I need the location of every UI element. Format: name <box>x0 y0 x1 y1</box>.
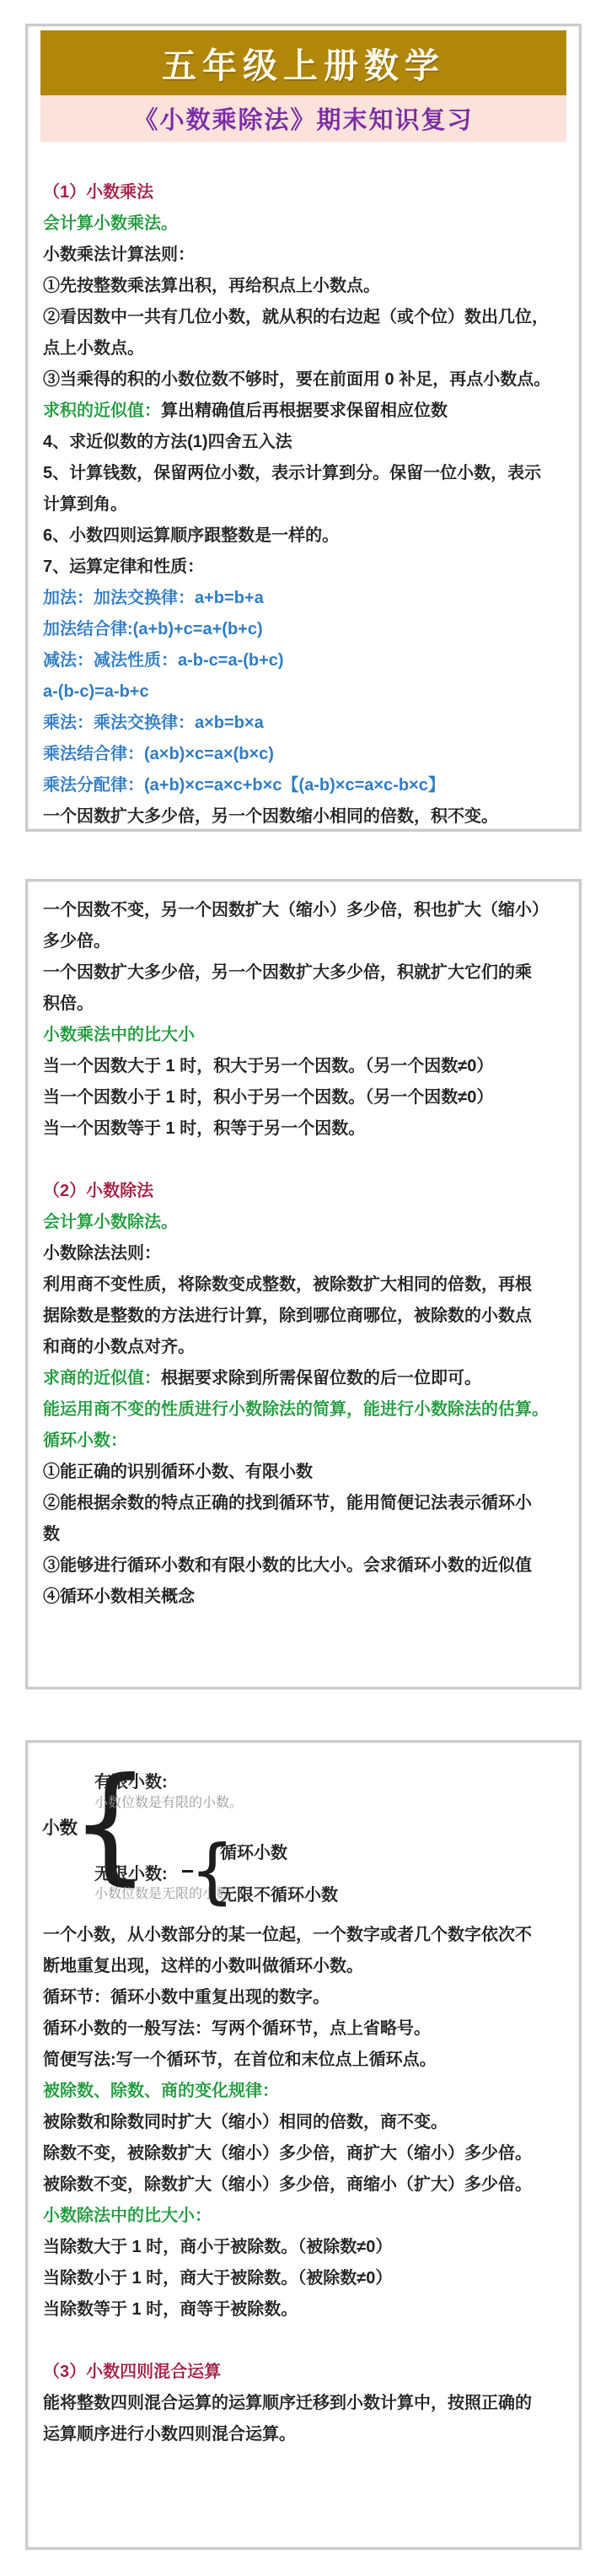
text-line: a-(b-c)=a-b+c <box>43 676 564 708</box>
text-line: 简便写法:写一个循环节，在首位和末位点上循环点。 <box>43 2045 564 2076</box>
text-segment: ①能正确的识别循环小数、有限小数 <box>43 1463 313 1481</box>
text-line: 利用商不变性质，将除数变成整数，被除数扩大相同的倍数，再根 <box>43 1269 564 1301</box>
text-line: 积倍。 <box>43 989 564 1020</box>
text-line: 除数不变，被除数扩大（缩小）多少倍，商扩大（缩小）多少倍。 <box>43 2138 564 2169</box>
text-line: 被除数、除数、商的变化规律： <box>43 2076 564 2107</box>
text-segment: 4、求近似数的方法(1)四舍五入法 <box>43 433 292 451</box>
text-line: 加法：加法交换律：a+b=b+a <box>43 583 564 614</box>
text-segment: 会计算小数除法。 <box>43 1213 178 1231</box>
text-segment: 减法：减法性质：a-b-c=a-(b+c) <box>43 651 284 670</box>
text-segment: 被除数不变，除数扩大（缩小）多少倍，商缩小（扩大）多少倍。 <box>43 2175 532 2194</box>
text-segment: 和商的小数点对齐。 <box>43 1338 195 1356</box>
page: { "page": { "banner": { "title": "五年级上册数… <box>0 0 606 2576</box>
text-segment: （1）小数乘法 <box>43 183 153 202</box>
text-line: ③当乘得的积的小数位数不够时，要在前面用 0 补足，再点小数点。 <box>43 364 564 396</box>
text-segment: 小数乘法计算法则： <box>43 245 195 264</box>
text-segment: 点上小数点。 <box>43 339 144 358</box>
text-line: 一个小数，从小数部分的某一位起，一个数字或者几个数字依次不 <box>43 1920 564 1951</box>
text-segment: 当除数等于 1 时，商等于被除数。 <box>43 2300 298 2319</box>
text-line: 断地重复出现，这样的小数叫做循环小数。 <box>43 1951 564 1982</box>
text-segment: 7、运算定律和性质： <box>43 558 204 576</box>
noncyclic-decimal-label: 无限不循环小数 <box>220 1881 338 1905</box>
text-line: 循环小数： <box>43 1425 564 1457</box>
page-subtitle: 《小数乘除法》期末知识复习 <box>133 101 473 136</box>
text-segment: 数 <box>43 1525 60 1544</box>
card-decimal-division: 一个因数不变，另一个因数扩大（缩小）多少倍，积也扩大（缩小）多少倍。一个因数扩大… <box>25 879 582 1689</box>
text-line: 当除数大于 1 时，商小于被除数。（被除数≠0） <box>43 2232 564 2263</box>
text-segment: 简便写法:写一个循环节，在首位和末位点上循环点。 <box>43 2051 437 2069</box>
text-segment: 一个小数，从小数部分的某一位起，一个数字或者几个数字依次不 <box>43 1926 532 1944</box>
text-line: 乘法结合律：(a×b)×c=a×(b×c) <box>43 739 564 770</box>
text-line: ③能够进行循环小数和有限小数的比大小。会求循环小数的近似值 <box>43 1550 564 1582</box>
text-line: 循环小数的一般写法：写两个循环节，点上省略号。 <box>43 2013 564 2045</box>
text-line: 小数乘法计算法则： <box>43 240 564 271</box>
page-title: 五年级上册数学 <box>162 38 445 88</box>
text-line: 一个因数扩大多少倍，另一个因数缩小相同的倍数，积不变。 <box>43 801 564 832</box>
text-segment: 乘法：乘法交换律：a×b=b×a <box>43 714 264 732</box>
text-line: 能将整数四则混合运算的运算顺序迁移到小数计算中，按照正确的 <box>43 2388 564 2419</box>
text-line: 被除数和除数同时扩大（缩小）相同的倍数，商不变。 <box>43 2107 564 2138</box>
text-segment: 循环节：循环小数中重复出现的数字。 <box>43 1988 330 2007</box>
text-line: 和商的小数点对齐。 <box>43 1332 564 1363</box>
text-segment: 断地重复出现，这样的小数叫做循环小数。 <box>43 1957 363 1975</box>
text-segment: （2）小数除法 <box>43 1182 153 1200</box>
text-line: （3）小数四则混合运算 <box>43 2357 564 2388</box>
finite-decimal-label: 有限小数: <box>94 1768 168 1792</box>
text-segment: 除数不变，被除数扩大（缩小）多少倍，商扩大（缩小）多少倍。 <box>43 2144 532 2163</box>
text-segment: ②能根据余数的特点正确的找到循环节，能用简便记法表示循环小 <box>43 1494 532 1512</box>
text-line: 5、计算钱数，保留两位小数，表示计算到分。保留一位小数，表示 <box>43 458 564 489</box>
text-line: ②看因数中一共有几位小数，就从积的右边起（或个位）数出几位， <box>43 302 564 333</box>
text-segment: 求商的近似值： <box>43 1369 161 1388</box>
text-line: （2）小数除法 <box>43 1176 564 1207</box>
text-segment: 5、计算钱数，保留两位小数，表示计算到分。保留一位小数，表示 <box>43 464 541 482</box>
card-decimal-multiplication: 五年级上册数学 《小数乘除法》期末知识复习 （1）小数乘法会计算小数乘法。小数乘… <box>25 24 582 832</box>
text-segment: 求积的近似值： <box>43 401 161 420</box>
text-segment: 运算顺序进行小数四则混合运算。 <box>43 2425 296 2444</box>
text-line: 被除数不变，除数扩大（缩小）多少倍，商缩小（扩大）多少倍。 <box>43 2169 564 2201</box>
text-segment: 被除数、除数、商的变化规律： <box>43 2082 279 2100</box>
text-line: 减法：减法性质：a-b-c=a-(b+c) <box>43 645 564 676</box>
text-lines: 一个小数，从小数部分的某一位起，一个数字或者几个数字依次不断地重复出现，这样的小… <box>28 1920 579 2450</box>
text-segment: 根据要求除到所需保留位数的后一位即可。 <box>161 1369 481 1388</box>
text-line: ①先按整数乘法算出积，再给积点上小数点。 <box>43 271 564 302</box>
text-line <box>43 2325 564 2357</box>
text-line: 计算到角。 <box>43 489 564 520</box>
connector-line <box>60 1824 70 1826</box>
infinite-decimal-label: 无限小数: <box>94 1860 168 1884</box>
text-line: 7、运算定律和性质： <box>43 552 564 583</box>
text-segment: 小数乘法中的比大小 <box>43 1026 195 1044</box>
finite-decimal-description: 小数位数是有限的小数。 <box>94 1792 243 1811</box>
text-segment: ①先按整数乘法算出积，再给积点上小数点。 <box>43 277 380 295</box>
text-lines: （1）小数乘法会计算小数乘法。小数乘法计算法则：①先按整数乘法算出积，再给积点上… <box>28 142 579 832</box>
text-segment: 当一个因数小于 1 时，积小于另一个因数。（另一个因数≠0） <box>43 1088 493 1107</box>
text-segment: 当除数小于 1 时，商大于被除数。（被除数≠0） <box>43 2269 392 2288</box>
text-segment: 积倍。 <box>43 994 94 1013</box>
decimal-classification-diagram: 小数 { 有限小数: 小数位数是有限的小数。 无限小数: 小数位数是无限的小数 … <box>28 1743 579 1920</box>
text-segment: 据除数是整数的方法进行计算，除到哪位商哪位，被除数的小数点 <box>43 1307 532 1325</box>
text-segment: 会计算小数乘法。 <box>43 214 178 233</box>
text-line: 数 <box>43 1519 564 1550</box>
text-line: 一个因数扩大多少倍，另一个因数扩大多少倍，积就扩大它们的乘 <box>43 957 564 989</box>
text-segment: 能运用商不变的性质进行小数除法的简算，能进行小数除法的估算。 <box>43 1400 549 1419</box>
text-line: ②能根据余数的特点正确的找到循环节，能用简便记法表示循环小 <box>43 1488 564 1519</box>
text-segment: 多少倍。 <box>43 932 110 951</box>
text-line: 当除数小于 1 时，商大于被除数。（被除数≠0） <box>43 2263 564 2294</box>
text-line: 小数乘法中的比大小 <box>43 1020 564 1051</box>
text-line <box>43 1145 564 1176</box>
text-segment: 循环小数： <box>43 1431 127 1450</box>
text-line: 当一个因数等于 1 时，积等于另一个因数。 <box>43 1113 564 1145</box>
title-banner: 五年级上册数学 <box>40 30 566 95</box>
text-line: 当一个因数大于 1 时，积大于另一个因数。（另一个因数≠0） <box>43 1051 564 1082</box>
cyclic-decimal-label: 循环小数 <box>220 1839 287 1863</box>
text-line: （1）小数乘法 <box>43 177 564 208</box>
text-segment: 加法结合律:(a+b)+c=a+(b+c) <box>43 620 263 639</box>
text-line: 能运用商不变的性质进行小数除法的简算，能进行小数除法的估算。 <box>43 1394 564 1425</box>
text-line: 运算顺序进行小数四则混合运算。 <box>43 2419 564 2450</box>
text-segment: 乘法结合律：(a×b)×c=a×(b×c) <box>43 745 274 763</box>
text-segment: 能将整数四则混合运算的运算顺序迁移到小数计算中，按照正确的 <box>43 2394 532 2412</box>
text-segment: 一个因数扩大多少倍，另一个因数扩大多少倍，积就扩大它们的乘 <box>43 963 532 982</box>
text-line: 求积的近似值：算出精确值后再根据要求保留相应位数 <box>43 396 564 427</box>
text-line: 乘法：乘法交换律：a×b=b×a <box>43 708 564 739</box>
text-line: 一个因数不变，另一个因数扩大（缩小）多少倍，积也扩大（缩小） <box>43 895 564 926</box>
text-line: 当一个因数小于 1 时，积小于另一个因数。（另一个因数≠0） <box>43 1082 564 1113</box>
text-segment: 加法：加法交换律：a+b=b+a <box>43 589 264 607</box>
text-line: 多少倍。 <box>43 926 564 957</box>
text-segment: 6、小数四则运算顺序跟整数是一样的。 <box>43 526 339 545</box>
text-line: 会计算小数除法。 <box>43 1207 564 1238</box>
text-line: ①能正确的识别循环小数、有限小数 <box>43 1457 564 1488</box>
text-line: 求商的近似值：根据要求除到所需保留位数的后一位即可。 <box>43 1363 564 1394</box>
text-segment: 当除数大于 1 时，商小于被除数。（被除数≠0） <box>43 2238 392 2256</box>
text-line: 小数除法法则： <box>43 1238 564 1269</box>
text-line: ④循环小数相关概念 <box>43 1582 564 1613</box>
text-line: 点上小数点。 <box>43 333 564 364</box>
text-line: 6、小数四则运算顺序跟整数是一样的。 <box>43 520 564 552</box>
text-segment: ②看因数中一共有几位小数，就从积的右边起（或个位）数出几位， <box>43 308 549 326</box>
text-line: 4、求近似数的方法(1)四舍五入法 <box>43 427 564 458</box>
text-line: 据除数是整数的方法进行计算，除到哪位商哪位，被除数的小数点 <box>43 1301 564 1332</box>
text-segment: 循环小数的一般写法：写两个循环节，点上省略号。 <box>43 2019 431 2038</box>
text-segment: 当一个因数等于 1 时，积等于另一个因数。 <box>43 1119 365 1138</box>
text-segment: （3）小数四则混合运算 <box>43 2363 221 2381</box>
text-segment: a-(b-c)=a-b+c <box>43 682 149 701</box>
text-line: 加法结合律:(a+b)+c=a+(b+c) <box>43 614 564 645</box>
card-cyclic-decimals: 小数 { 有限小数: 小数位数是有限的小数。 无限小数: 小数位数是无限的小数 … <box>25 1740 582 2550</box>
text-segment: 乘法分配律：(a+b)×c=a×c+b×c【(a-b)×c=a×c-b×c】 <box>43 776 445 795</box>
text-segment: 小数除法法则： <box>43 1244 161 1263</box>
text-segment: 小数除法中的比大小： <box>43 2207 212 2225</box>
text-segment: 一个因数不变，另一个因数扩大（缩小）多少倍，积也扩大（缩小） <box>43 901 549 919</box>
text-line: 当除数等于 1 时，商等于被除数。 <box>43 2294 564 2325</box>
subtitle-banner: 《小数乘除法》期末知识复习 <box>40 95 566 142</box>
text-segment: 被除数和除数同时扩大（缩小）相同的倍数，商不变。 <box>43 2113 448 2131</box>
text-line: 乘法分配律：(a+b)×c=a×c+b×c【(a-b)×c=a×c-b×c】 <box>43 770 564 801</box>
text-segment: ③能够进行循环小数和有限小数的比大小。会求循环小数的近似值 <box>43 1556 532 1575</box>
text-segment: 一个因数扩大多少倍，另一个因数缩小相同的倍数，积不变。 <box>43 807 498 826</box>
text-segment: ④循环小数相关概念 <box>43 1587 195 1606</box>
text-line: 会计算小数乘法。 <box>43 208 564 240</box>
text-segment: 当一个因数大于 1 时，积大于另一个因数。（另一个因数≠0） <box>43 1057 493 1075</box>
text-segment: 计算到角。 <box>43 495 127 514</box>
text-line: 小数除法中的比大小： <box>43 2201 564 2232</box>
text-segment: 利用商不变性质，将除数变成整数，被除数扩大相同的倍数，再根 <box>43 1275 532 1294</box>
text-segment: ③当乘得的积的小数位数不够时，要在前面用 0 补足，再点小数点。 <box>43 370 550 389</box>
text-segment: 算出精确值后再根据要求保留相应位数 <box>161 401 448 420</box>
text-line: 循环节：循环小数中重复出现的数字。 <box>43 1982 564 2013</box>
text-lines: 一个因数不变，另一个因数扩大（缩小）多少倍，积也扩大（缩小）多少倍。一个因数扩大… <box>28 881 579 1613</box>
